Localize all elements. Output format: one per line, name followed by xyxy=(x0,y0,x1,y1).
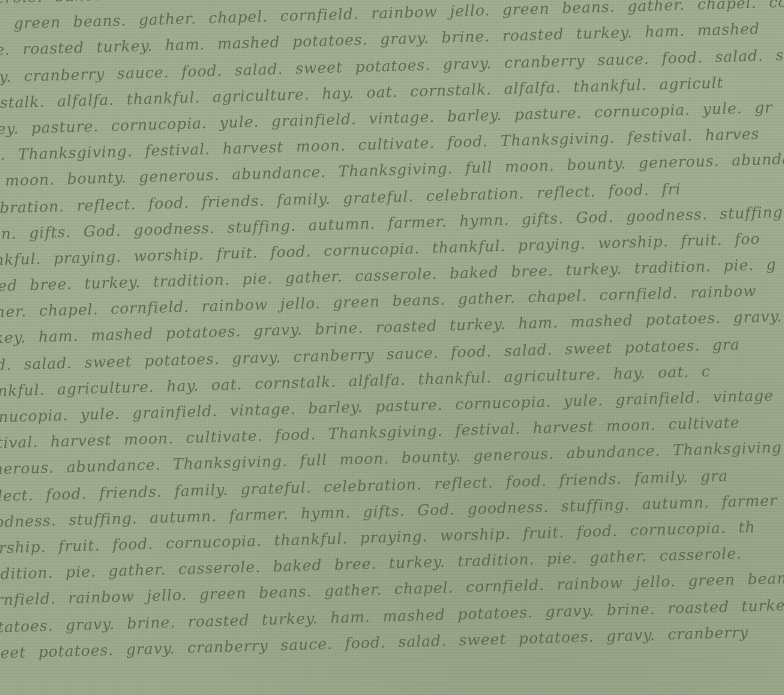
cursive-text-rows: casserole. baked bree. turkey. tradition… xyxy=(0,0,784,667)
script-fabric-texture: casserole. baked bree. turkey. tradition… xyxy=(0,0,784,695)
